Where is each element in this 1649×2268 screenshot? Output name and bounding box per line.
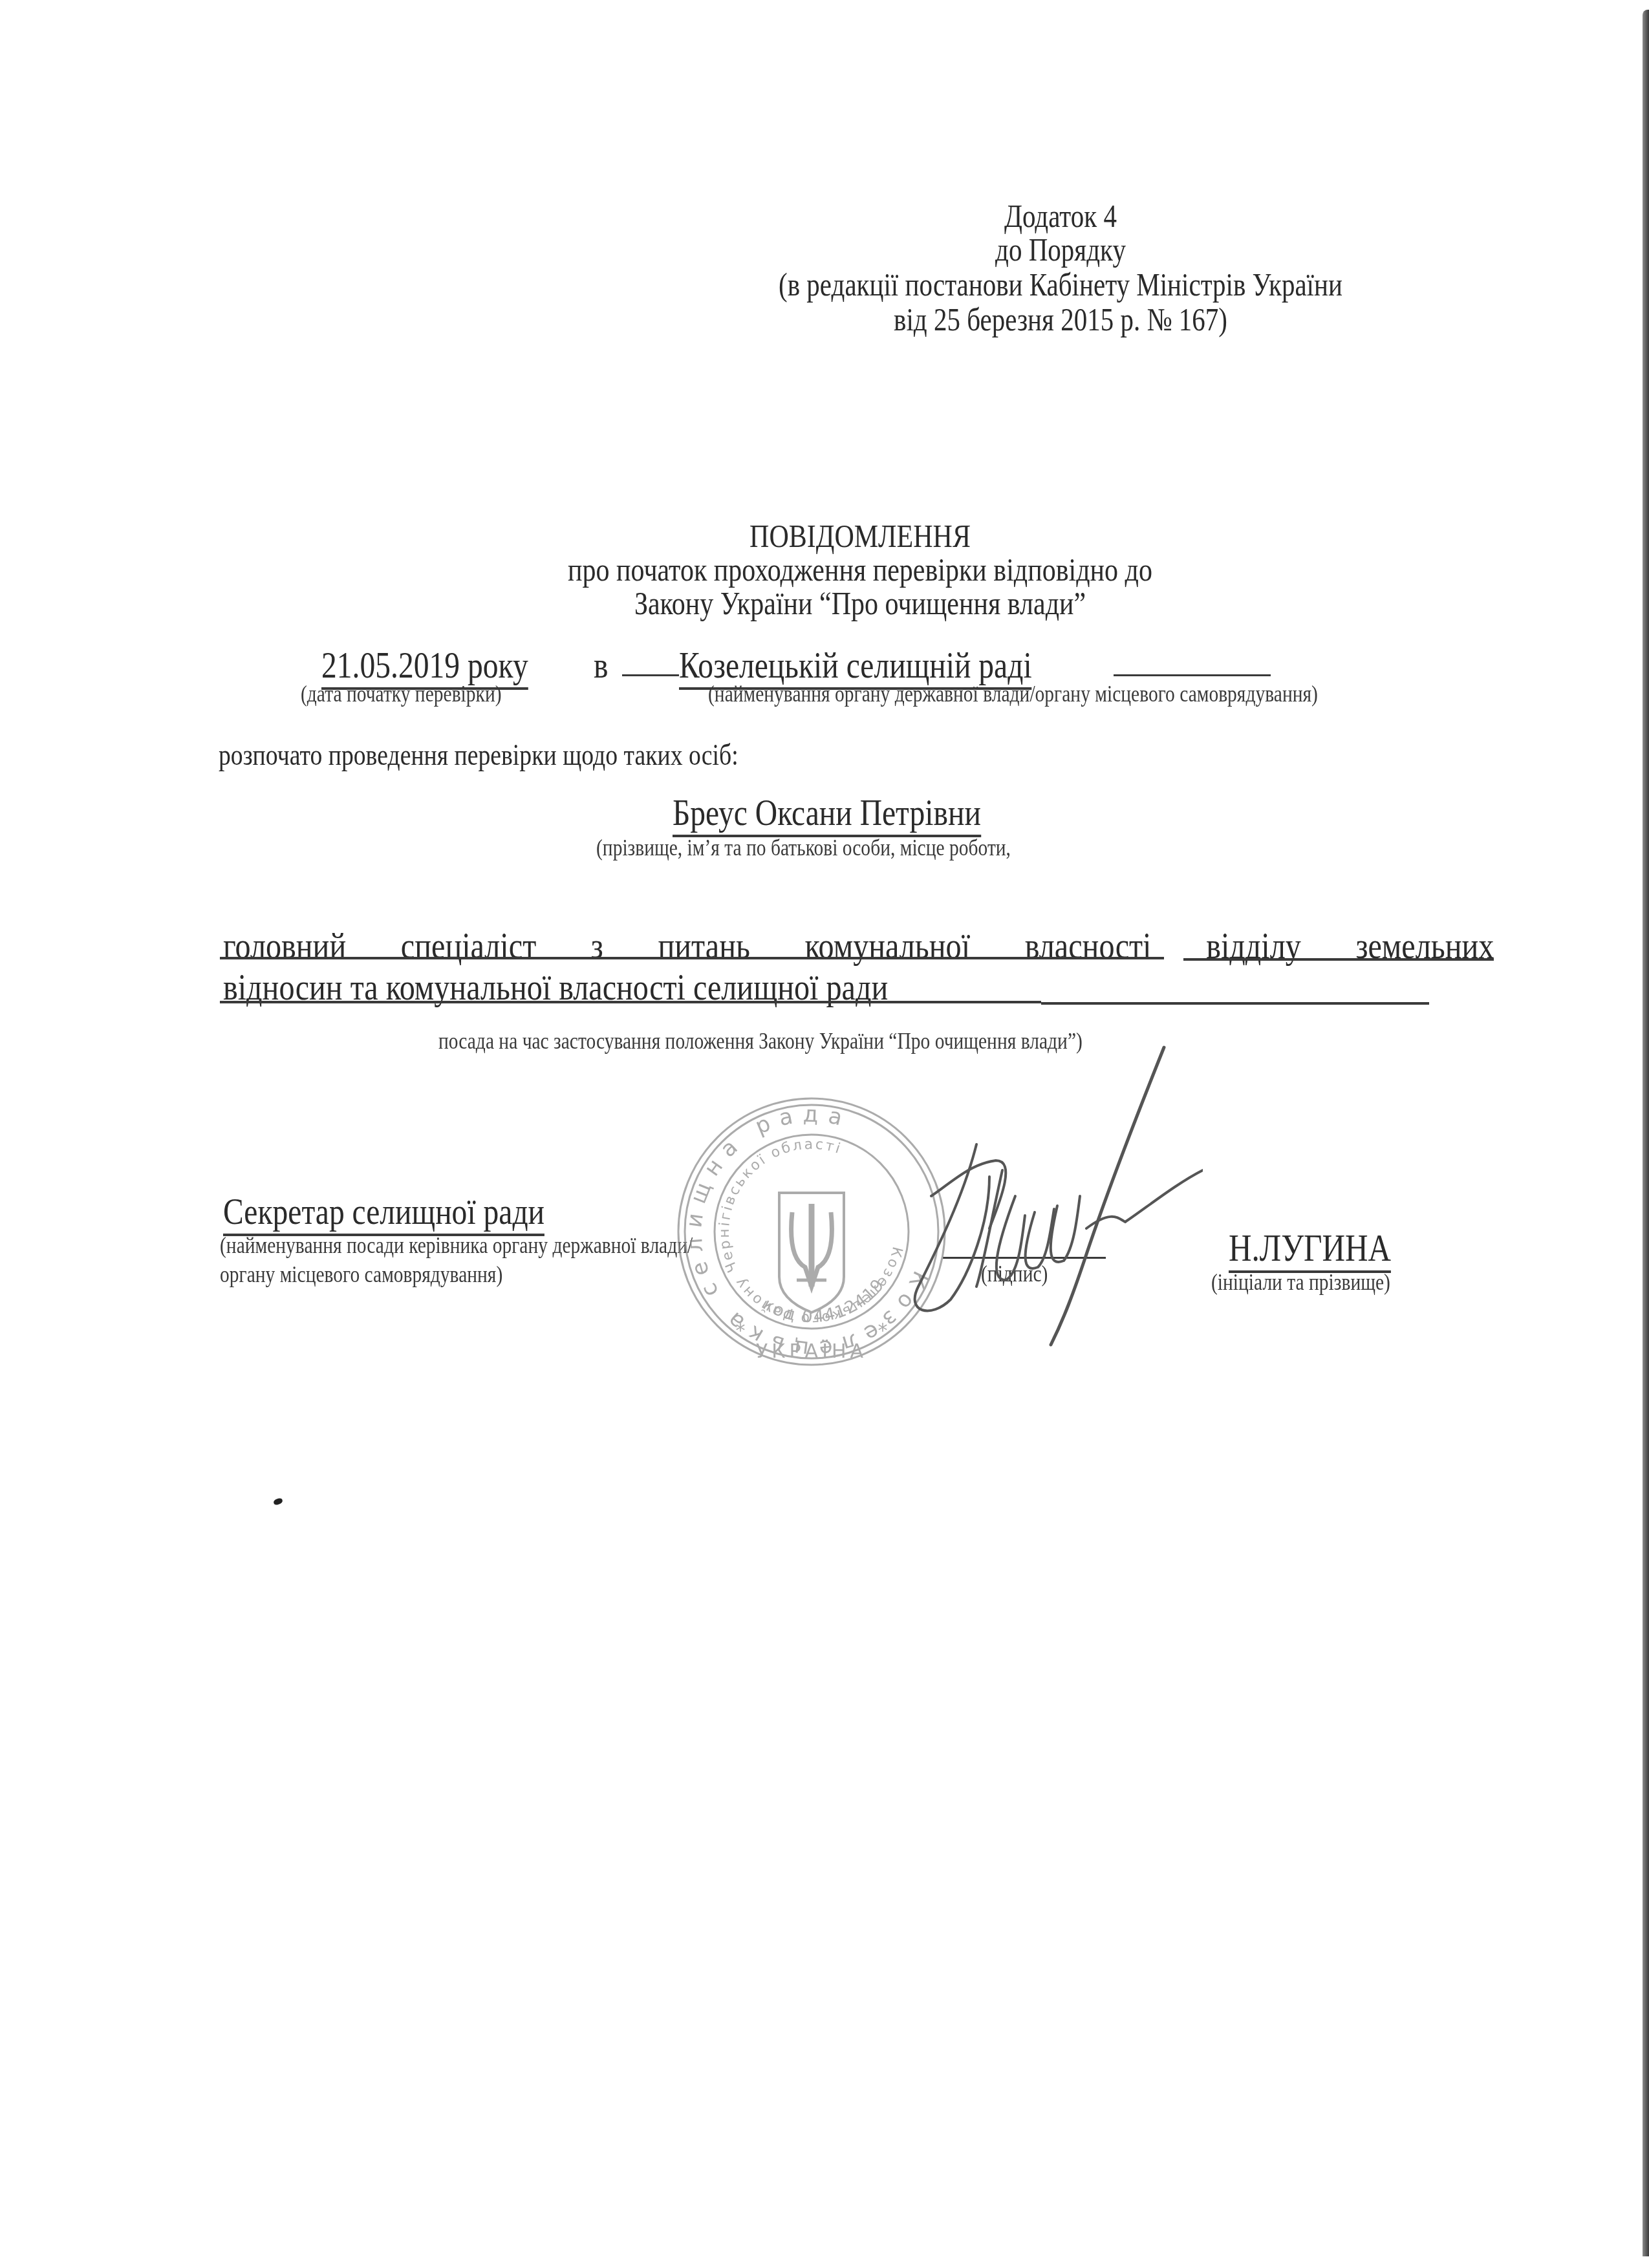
addendum-line-4: від 25 березня 2015 р. № 167) — [742, 301, 1379, 338]
stamp-country-text: УКРАЇНА — [756, 1340, 867, 1363]
date-caption: (дата початку перевірки) — [301, 682, 502, 705]
organ-blank-line-right — [1114, 674, 1271, 676]
trident-emblem-icon — [779, 1193, 844, 1312]
check-date: 21.05.2019 року — [321, 647, 528, 684]
notice-subtitle-2: Закону України “Про очищення влади” — [464, 584, 1256, 622]
position-line-1: головнийспеціалістзпитанькомунальноївлас… — [223, 926, 1494, 967]
addendum-line-1: Додаток 4 — [742, 197, 1379, 235]
signatory-name-value: Н.ЛУГИНА — [1229, 1226, 1391, 1273]
position-word: питань — [658, 926, 750, 967]
position-underline-1a — [220, 957, 1164, 959]
addendum-header: Додаток 4 до Порядку (в редакції постано… — [673, 197, 1449, 339]
person-name: Бреус Оксани Петрівни — [673, 794, 981, 831]
addendum-line-2: до Порядку — [742, 231, 1379, 268]
position-underline-2b — [1041, 1002, 1429, 1005]
scanner-edge — [1643, 10, 1649, 2256]
signatory-title: Секретар селищної ради — [223, 1193, 544, 1230]
svg-text:*: * — [736, 1320, 746, 1342]
signatory-title-value: Секретар селищної ради — [223, 1190, 544, 1236]
notice-subtitle-1: про початок проходження перевірки відпов… — [464, 551, 1256, 588]
signatory-title-caption-1: (найменування посади керівника органу де… — [220, 1234, 693, 1257]
signatory-name-caption: (ініціали та прізвище) — [1211, 1270, 1390, 1294]
organ-name: Козелецькій селищній раді — [679, 647, 1032, 684]
position-word: відділу — [1206, 926, 1301, 967]
position-word: спеціаліст — [401, 926, 536, 967]
person-name-caption: (прізвище, ім’я та по батькові особи, мі… — [596, 836, 1011, 859]
position-word: головний — [223, 926, 346, 967]
notice-title: ПОВІДОМЛЕННЯ — [464, 517, 1256, 555]
position-word: з — [591, 926, 603, 967]
scan-speck — [273, 1497, 283, 1505]
handwritten-signature — [892, 1034, 1203, 1358]
document-page: Додаток 4 до Порядку (в редакції постано… — [0, 0, 1649, 2268]
position-underline-2a — [220, 1001, 1041, 1003]
position-word: комунальної — [805, 926, 970, 967]
preposition-in: в — [594, 647, 608, 684]
notice-title-block: ПОВІДОМЛЕННЯ про початок проходження пер… — [388, 517, 1332, 621]
signatory-title-caption-2: органу місцевого самоврядування) — [220, 1263, 502, 1286]
organ-blank-line-left — [622, 674, 679, 676]
svg-text:*: * — [878, 1320, 888, 1342]
organ-caption: (найменування органу державної влади/орг… — [708, 682, 1318, 705]
position-word: земельних — [1355, 926, 1494, 967]
position-underline-1b — [1183, 958, 1494, 961]
signatory-name: Н.ЛУГИНА — [1229, 1228, 1391, 1267]
person-name-value: Бреус Оксани Петрівни — [673, 791, 981, 837]
persons-intro: розпочато проведення перевірки щодо таки… — [219, 740, 738, 770]
addendum-line-3: (в редакції постанови Кабінету Міністрів… — [742, 266, 1379, 303]
position-word: власності — [1025, 926, 1152, 967]
